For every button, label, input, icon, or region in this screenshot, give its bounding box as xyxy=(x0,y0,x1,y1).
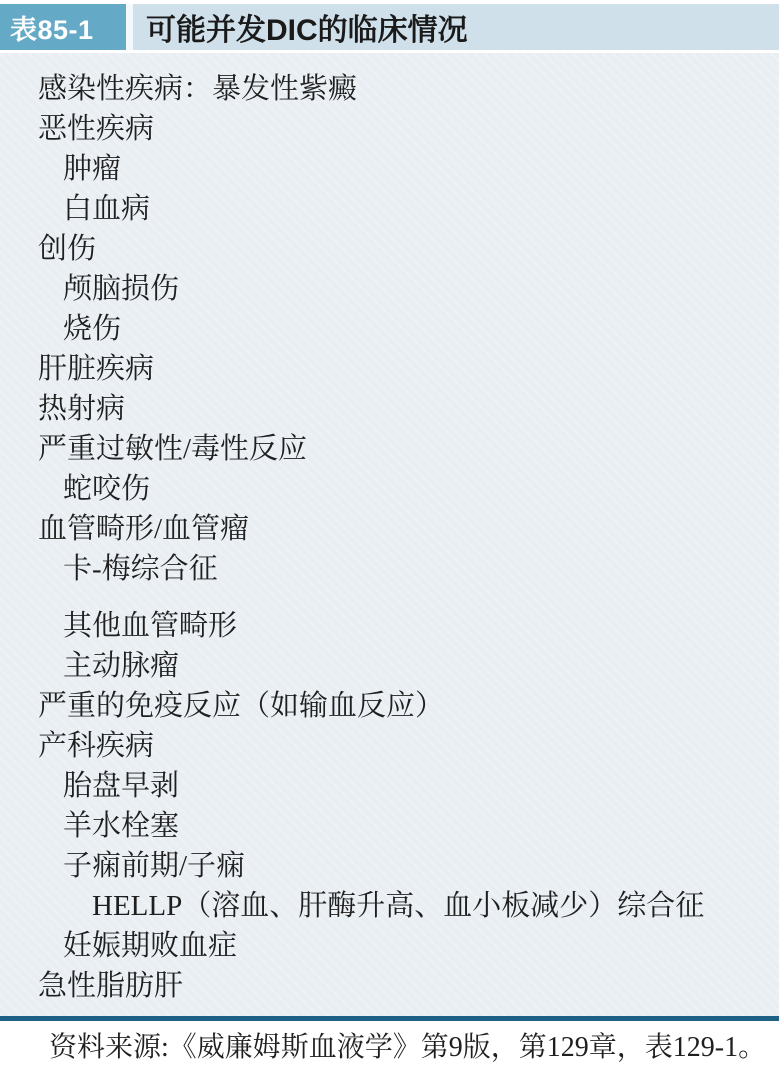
list-item: 胎盘早剥 xyxy=(0,766,779,806)
list-item: 感染性疾病：暴发性紫癜 xyxy=(0,69,779,109)
list-item: 创伤 xyxy=(0,229,779,269)
list-item: 妊娠期败血症 xyxy=(0,926,779,966)
list-item: 严重的免疫反应（如输血反应） xyxy=(0,686,779,726)
table-header: 表85-1 可能并发DIC的临床情况 xyxy=(0,4,779,50)
list-item: 产科疾病 xyxy=(0,726,779,766)
list-item: HELLP（溶血、肝酶升高、血小板减少）综合征 xyxy=(0,886,779,926)
table-title: 可能并发DIC的临床情况 xyxy=(133,4,779,50)
list-item: 烧伤 xyxy=(0,309,779,349)
list-item: 主动脉瘤 xyxy=(0,646,779,686)
list-item: 白血病 xyxy=(0,189,779,229)
list-item: 急性脂肪肝 xyxy=(0,966,779,1006)
list-item: 肝脏疾病 xyxy=(0,349,779,389)
list-item: 颅脑损伤 xyxy=(0,269,779,309)
list-item: 其他血管畸形 xyxy=(0,606,779,646)
list-item: 蛇咬伤 xyxy=(0,469,779,509)
list-item: 肿瘤 xyxy=(0,149,779,189)
condition-list: 感染性疾病：暴发性紫癜恶性疾病肿瘤白血病创伤颅脑损伤烧伤肝脏疾病热射病严重过敏性… xyxy=(0,53,779,1016)
list-item: 严重过敏性/毒性反应 xyxy=(0,429,779,469)
table-page: 表85-1 可能并发DIC的临床情况 感染性疾病：暴发性紫癜恶性疾病肿瘤白血病创… xyxy=(0,0,779,1068)
table-footer: 资料来源:《威廉姆斯血液学》第9版，第129章，表129-1。 xyxy=(0,1021,779,1068)
table-number-badge: 表85-1 xyxy=(0,4,126,50)
list-item: 子痫前期/子痫 xyxy=(0,846,779,886)
list-item: 血管畸形/血管瘤 xyxy=(0,509,779,549)
list-item: 恶性疾病 xyxy=(0,109,779,149)
list-item: 热射病 xyxy=(0,389,779,429)
source-note: 资料来源:《威廉姆斯血液学》第9版，第129章，表129-1。 xyxy=(49,1025,766,1065)
list-item: 卡-梅综合征 xyxy=(0,549,779,589)
header-divider-gap xyxy=(126,4,133,50)
list-item: 羊水栓塞 xyxy=(0,806,779,846)
